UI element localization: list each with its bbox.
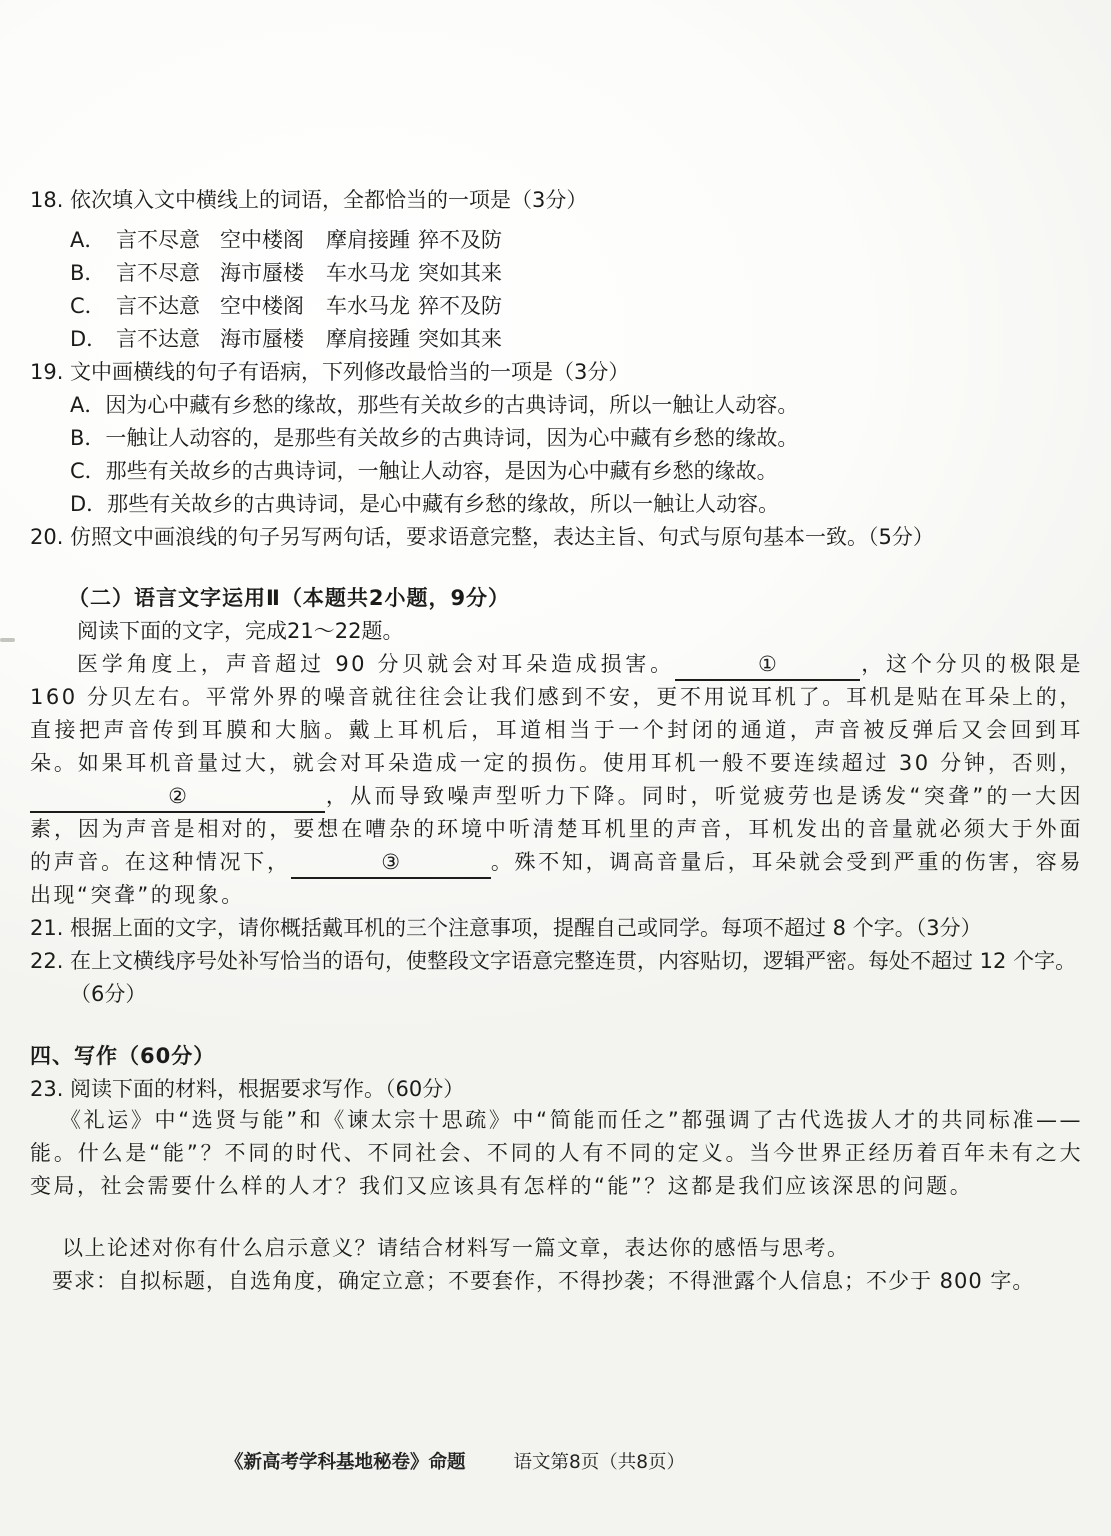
option-label: B． [70, 257, 116, 290]
question-number: 20. [30, 521, 70, 554]
option-label: C． [70, 290, 116, 323]
question-19-options: A． 因为心中藏有乡愁的缘故，那些有关故乡的古典诗词，所以一触让人动容。 B． … [30, 389, 1083, 521]
question-18-options: A． 言不尽意 空中楼阁 摩肩接踵 猝不及防 B． 言不尽意 海市蜃楼 车水马龙… [30, 224, 1083, 356]
essay-instruction: 以上论述对你有什么启示意义？请结合材料写一篇文章，表达你的感悟与思考。 [30, 1232, 1083, 1265]
blank-number-3: ③ [381, 850, 400, 874]
option-row: C． 那些有关故乡的古典诗词，一触让人动容，是因为心中藏有乡愁的缘故。 [30, 455, 1083, 488]
option-word: 突如其来 [418, 257, 1083, 290]
option-label: D． [70, 323, 116, 356]
option-word: 摩肩接踵 [326, 224, 418, 257]
option-text: 因为心中藏有乡愁的缘故，那些有关故乡的古典诗词，所以一触让人动容。 [105, 389, 798, 422]
blank-number-1: ① [758, 652, 777, 676]
question-18: 18. 依次填入文中横线上的词语，全都恰当的一项是（3分） A． 言不尽意 空中… [30, 184, 1083, 356]
question-23: 23. 阅读下面的材料，根据要求写作。（60分） [30, 1073, 1083, 1106]
question-stem: 阅读下面的材料，根据要求写作。（60分） [70, 1073, 1083, 1106]
question-stem: 依次填入文中横线上的词语，全都恰当的一项是（3分） [70, 184, 1083, 217]
option-word: 车水马龙 [326, 257, 418, 290]
option-word: 空中楼阁 [220, 224, 326, 257]
question-number: 21. [30, 912, 70, 945]
essay-requirements: 要求：自拟标题，自选角度，确定立意；不要套作，不得抄袭；不得泄露个人信息；不少于… [30, 1265, 1083, 1298]
section-4-heading: 四、写作（60分） [30, 1040, 1083, 1073]
question-20: 20. 仿照文中画浪线的句子另写两句话，要求语意完整，表达主旨、句式与原句基本一… [30, 521, 1083, 554]
question-stem: 根据上面的文字，请你概括戴耳机的三个注意事项，提醒自己或同学。每项不超过 8 个… [70, 912, 1083, 945]
option-label: A． [70, 389, 105, 422]
option-row: B． 一触让人动容的，是那些有关故乡的古典诗词，因为心中藏有乡愁的缘故。 [30, 422, 1083, 455]
passage-text: 医学角度上，声音超过 90 分贝就会对耳朵造成损害。 [77, 652, 675, 676]
option-word: 猝不及防 [418, 290, 1083, 323]
footer-source: 《新高考学科基地秘卷》命题 [225, 1446, 466, 1479]
question-stem: 文中画横线的句子有语病，下列修改最恰当的一项是（3分） [70, 356, 1083, 389]
footer-page-number: 语文第8页（共8页） [514, 1446, 686, 1479]
option-label: B． [70, 422, 105, 455]
blank-underline-1: ① [675, 649, 860, 681]
blank-number-2: ② [168, 784, 187, 808]
option-word: 车水马龙 [326, 290, 418, 323]
section-2-heading: （二）语言文字运用Ⅱ（本题共2小题，9分） [30, 582, 1083, 615]
page-footer: 《新高考学科基地秘卷》命题 语文第8页（共8页） [225, 1446, 685, 1479]
option-row: A． 言不尽意 空中楼阁 摩肩接踵 猝不及防 [30, 224, 1083, 257]
option-label: D． [70, 488, 107, 521]
question-number: 19. [30, 356, 70, 389]
option-label: A． [70, 224, 116, 257]
option-row: D． 言不达意 海市蜃楼 摩肩接踵 突如其来 [30, 323, 1083, 356]
option-word: 言不达意 [116, 290, 220, 323]
option-row: B． 言不尽意 海市蜃楼 车水马龙 突如其来 [30, 257, 1083, 290]
exam-paper-page: 18. 依次填入文中横线上的词语，全都恰当的一项是（3分） A． 言不尽意 空中… [0, 0, 1111, 1536]
option-word: 言不达意 [116, 323, 220, 356]
question-stem: 在上文横线序号处补写恰当的语句，使整段文字语意完整连贯，内容贴切，逻辑严密。每处… [70, 945, 1083, 1011]
option-word: 海市蜃楼 [220, 323, 326, 356]
blank-underline-2: ② [30, 781, 325, 813]
option-text: 那些有关故乡的古典诗词，一触让人动容，是因为心中藏有乡愁的缘故。 [106, 455, 778, 488]
question-22: 22. 在上文横线序号处补写恰当的语句，使整段文字语意完整连贯，内容贴切，逻辑严… [30, 945, 1083, 1011]
question-19-stem-row: 19. 文中画横线的句子有语病，下列修改最恰当的一项是（3分） [30, 356, 1083, 389]
option-text: 一触让人动容的，是那些有关故乡的古典诗词，因为心中藏有乡愁的缘故。 [105, 422, 798, 455]
option-word: 猝不及防 [418, 224, 1083, 257]
question-18-stem-row: 18. 依次填入文中横线上的词语，全都恰当的一项是（3分） [30, 184, 1083, 217]
option-row: A． 因为心中藏有乡愁的缘故，那些有关故乡的古典诗词，所以一触让人动容。 [30, 389, 1083, 422]
question-stem: 仿照文中画浪线的句子另写两句话，要求语意完整，表达主旨、句式与原句基本一致。（5… [70, 521, 1083, 554]
option-word: 突如其来 [418, 323, 1083, 356]
question-19: 19. 文中画横线的句子有语病，下列修改最恰当的一项是（3分） A． 因为心中藏… [30, 356, 1083, 521]
option-word: 海市蜃楼 [220, 257, 326, 290]
option-word: 言不尽意 [116, 257, 220, 290]
question-number: 18. [30, 184, 70, 217]
scan-artifact-dash [0, 638, 15, 642]
section-2-passage: 医学角度上，声音超过 90 分贝就会对耳朵造成损害。①，这个分贝的极限是 160… [30, 648, 1083, 912]
option-text: 那些有关故乡的古典诗词，是心中藏有乡愁的缘故，所以一触让人动容。 [107, 488, 779, 521]
option-label: C． [70, 455, 106, 488]
section-2-intro: 阅读下面的文字，完成21～22题。 [30, 615, 1083, 648]
option-word: 摩肩接踵 [326, 323, 418, 356]
question-number: 23. [30, 1073, 70, 1106]
option-word: 言不尽意 [116, 224, 220, 257]
blank-underline-3: ③ [291, 847, 491, 879]
option-row: C． 言不达意 空中楼阁 车水马龙 猝不及防 [30, 290, 1083, 323]
question-21: 21. 根据上面的文字，请你概括戴耳机的三个注意事项，提醒自己或同学。每项不超过… [30, 912, 1083, 945]
option-word: 空中楼阁 [220, 290, 326, 323]
essay-material: 《礼运》中“选贤与能”和《谏太宗十思疏》中“简能而任之”都强调了古代选拔人才的共… [30, 1104, 1083, 1203]
question-number: 22. [30, 945, 70, 978]
option-row: D． 那些有关故乡的古典诗词，是心中藏有乡愁的缘故，所以一触让人动容。 [30, 488, 1083, 521]
